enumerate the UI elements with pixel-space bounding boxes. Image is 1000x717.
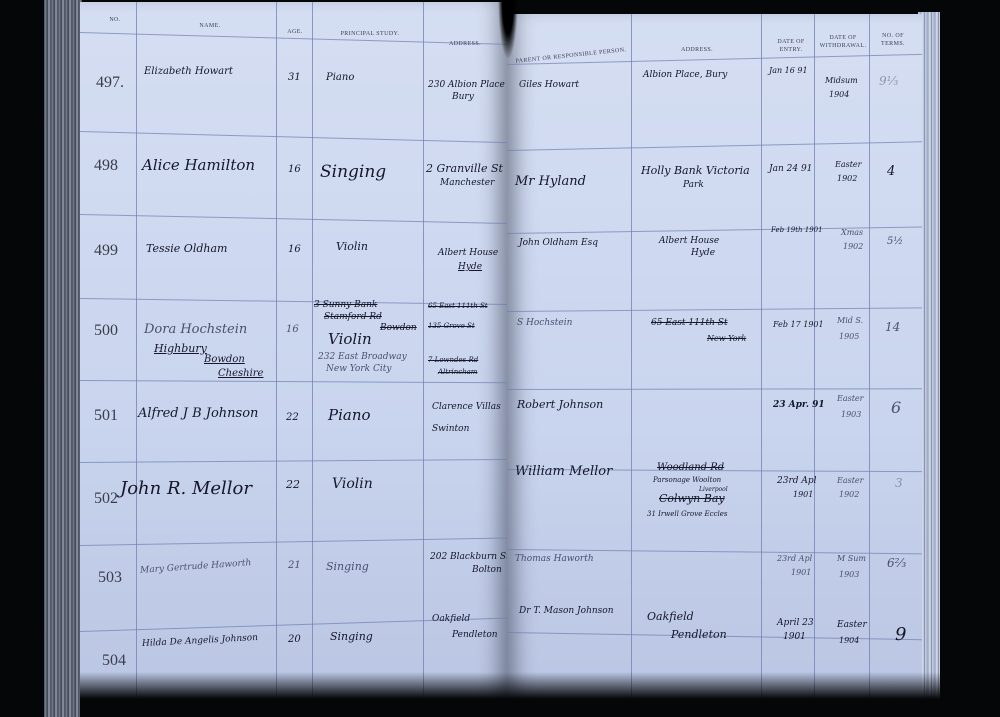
parent-address-line3: 31 Irwell Grove Eccles (647, 510, 727, 518)
principal-study: Singing (330, 630, 373, 643)
date-of-entry: 23rd Apl (777, 476, 817, 486)
number-of-terms: 5½ (887, 236, 903, 247)
principal-study: Piano (326, 72, 354, 83)
parent-name: Mr Hyland (515, 174, 586, 189)
date-of-withdrawal-year: 1902 (843, 242, 863, 251)
student-address: Clarence Villas (432, 402, 501, 412)
parent-name: John Oldham Esq (519, 238, 598, 248)
number-of-terms: 6⅔ (887, 556, 906, 570)
student-name: Hilda De Angelis Johnson (142, 633, 258, 649)
header-date-of-entry: Date of Entry. (773, 38, 809, 54)
date-of-entry: April 23 (777, 618, 814, 628)
header-address: Address. (435, 40, 495, 48)
student-age: 22 (286, 478, 300, 491)
header-number-of-terms: No. of Terms. (873, 32, 913, 48)
student-name: Mary Gertrude Haworth (140, 558, 252, 576)
principal-study: Violin (336, 240, 368, 253)
date-of-entry: Jan 24 91 (769, 164, 812, 174)
date-of-withdrawal: Easter (835, 160, 862, 169)
entry-number: 504 (102, 652, 126, 670)
student-name-note: Highbury (154, 342, 207, 355)
date-of-withdrawal: M Sum (837, 554, 866, 563)
header-age: Age. (280, 28, 310, 36)
student-name: Tessie Oldham (146, 242, 227, 255)
struck-student-address-3: 7 Lowndes Rd (428, 356, 478, 364)
student-address-line2: Bury (452, 92, 474, 102)
student-address-line2: Swinton (432, 424, 469, 434)
date-of-entry-year: 1901 (791, 568, 811, 577)
date-of-withdrawal: Mid S. (837, 316, 863, 325)
date-of-entry: Feb 19th 1901 (771, 226, 823, 234)
student-address: Albert House (438, 248, 498, 258)
struck-address: 3 Sunny Bank (314, 300, 377, 310)
entry-number: 500 (94, 322, 118, 340)
student-address: 230 Albion Place (428, 80, 505, 90)
parent-address-line2: Pendleton (671, 628, 727, 641)
parent-address-line2: Park (683, 180, 704, 190)
date-of-withdrawal-year: 1902 (839, 490, 859, 499)
principal-study: Violin (328, 330, 372, 348)
date-of-withdrawal: Easter (837, 476, 864, 485)
entry-number: 503 (98, 569, 122, 587)
principal-study: Piano (328, 406, 371, 424)
student-age: 22 (286, 412, 299, 423)
student-name: Dora Hochstein (144, 322, 247, 337)
left-page-edges (44, 0, 82, 717)
parent-name: S Hochstein (517, 318, 572, 328)
date-of-withdrawal: Easter (837, 620, 867, 630)
struck-parent-address: Woodland Rd (657, 462, 724, 473)
date-of-withdrawal-year: 1904 (839, 636, 859, 645)
principal-study: Violin (332, 476, 373, 492)
student-address: 202 Blackburn St (430, 552, 507, 562)
principal-study: Singing (326, 560, 369, 573)
student-address: 2 Granville St (426, 162, 503, 175)
student-name-note2: Bowdon (204, 354, 245, 365)
date-of-entry-year: 1901 (793, 490, 813, 499)
number-of-terms: 4 (887, 164, 895, 179)
parent-address: Parsonage Woolton (653, 476, 721, 484)
parent-address: Holly Bank Victoria (641, 164, 750, 177)
date-of-entry: 23rd Apl (777, 554, 812, 563)
study-note-2: New York City (326, 364, 391, 374)
date-of-withdrawal: Easter (837, 394, 864, 403)
header-parent-address: Address. (667, 46, 727, 54)
date-of-withdrawal-year: 1903 (839, 570, 859, 579)
struck-address-2: Stamford Rd (324, 312, 382, 322)
student-name: Alice Hamilton (142, 156, 255, 174)
header-date-of-withdrawal: Date of Withdrawal. (819, 34, 867, 50)
study-note: 232 East Broadway (318, 352, 407, 362)
struck-parent-address: 65 East 111th St (651, 318, 728, 328)
right-page: Parent or Responsible Person. Address. D… (507, 14, 922, 704)
parent-address-line2: Hyde (691, 248, 715, 258)
struck-parent-address-2: New York (707, 334, 746, 343)
date-of-withdrawal: Midsum (825, 76, 858, 85)
student-name: Elizabeth Howart (144, 66, 233, 77)
parent-address: Albert House (659, 236, 719, 246)
parent-name: Dr T. Mason Johnson (519, 606, 614, 616)
parent-name: Giles Howart (519, 80, 579, 90)
principal-study: Singing (320, 162, 386, 182)
struck-student-address: 65 East 111th St (428, 302, 488, 310)
student-name: Alfred J B Johnson (138, 406, 258, 421)
date-of-entry: Feb 17 1901 (773, 320, 824, 329)
header-name: Name. (180, 22, 240, 30)
date-of-withdrawal-year: 1905 (839, 332, 859, 341)
student-age: 21 (288, 560, 301, 571)
number-of-terms: 9⅓ (879, 74, 898, 88)
student-address-line2: Manchester (440, 178, 494, 188)
number-of-terms: 3 (895, 476, 903, 490)
date-of-withdrawal-year: 1904 (829, 90, 849, 99)
student-address: Oakfield (432, 614, 470, 624)
entry-number: 502 (94, 490, 118, 508)
parent-address: Albion Place, Bury (643, 70, 727, 80)
student-address-line2: Bolton (472, 565, 502, 575)
left-page: No. Name. Age. Principal Study. Address.… (80, 2, 507, 702)
date-of-entry-year: 1901 (783, 632, 806, 642)
parent-name: Robert Johnson (517, 398, 603, 411)
open-register-book: No. Name. Age. Principal Study. Address.… (0, 0, 1000, 717)
struck-student-address-4: Altrincham (438, 368, 477, 376)
number-of-terms: 9 (895, 624, 906, 645)
entry-number: 497. (96, 74, 124, 92)
student-address-line2: Pendleton (452, 630, 498, 640)
parent-name: William Mellor (515, 464, 612, 479)
number-of-terms: 14 (885, 320, 900, 334)
struck-student-address-2: 135 Grove St (428, 322, 475, 330)
entry-number: 498 (94, 157, 118, 175)
date-of-entry: 23 Apr. 91 (773, 400, 825, 410)
student-age: 16 (286, 324, 299, 335)
student-age: 16 (288, 164, 301, 175)
struck-address-3: Bowdon (380, 323, 417, 333)
number-of-terms: 6 (891, 398, 901, 417)
book-gutter (498, 0, 518, 60)
student-age: 31 (288, 72, 301, 83)
date-of-withdrawal-year: 1902 (837, 174, 857, 183)
student-age: 16 (288, 244, 301, 255)
entry-number: 499 (94, 242, 118, 260)
header-no: No. (100, 16, 130, 24)
bottom-shadow (80, 672, 940, 717)
parent-address: Oakfield (647, 610, 694, 623)
entry-number: 501 (94, 407, 118, 425)
header-principal-study: Principal Study. (320, 30, 420, 38)
student-name-note3: Cheshire (218, 368, 263, 379)
date-of-withdrawal-year: 1903 (841, 410, 861, 419)
parent-name: Thomas Haworth (515, 554, 594, 564)
struck-parent-address-2: Colwyn Bay (659, 492, 725, 505)
student-age: 20 (288, 634, 301, 645)
student-name: John R. Mellor (120, 478, 252, 499)
date-of-withdrawal: Xmas (841, 228, 863, 237)
student-address-line2: Hyde (458, 262, 482, 272)
date-of-entry: Jan 16 91 (769, 66, 808, 75)
